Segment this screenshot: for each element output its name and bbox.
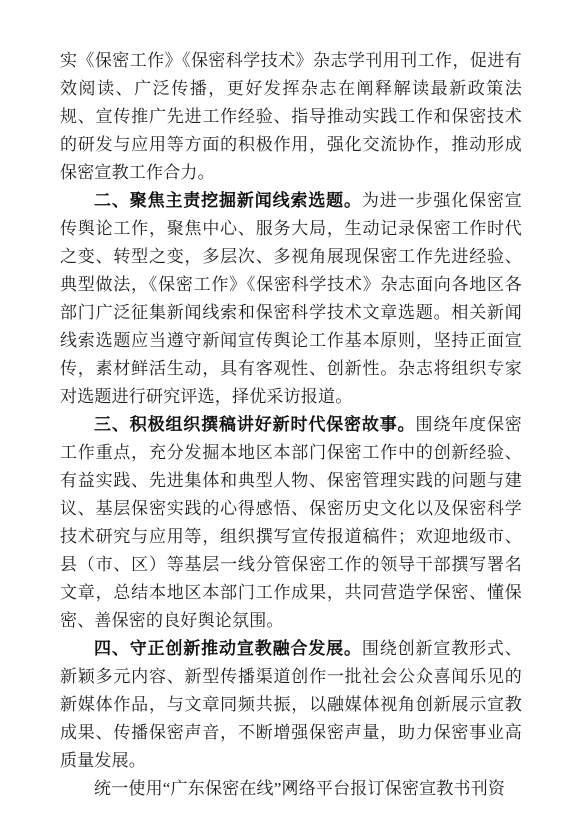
document-body: 实《保密工作》《保密科学技术》杂志学刊用刊工作，促进有效阅读、广泛传播，更好发挥…: [60, 47, 522, 803]
paragraph: 二、聚焦主责挖掘新闻线索选题。为进一步强化保密宣传舆论工作，聚焦中心、服务大局，…: [60, 187, 522, 411]
section-heading: 二、聚焦主责挖掘新闻线索选题。: [94, 191, 362, 210]
section-heading: 四、守正创新推动宣教融合发展。: [94, 639, 362, 658]
document-page: 实《保密工作》《保密科学技术》杂志学刊用刊工作，促进有效阅读、广泛传播，更好发挥…: [0, 0, 581, 830]
paragraph-text: 围绕创新宣教形式、新颖多元内容、新型传播渠道创作一批社会公众喜闻乐见的新媒体作品…: [60, 639, 522, 770]
paragraph-text: 实《保密工作》《保密科学技术》杂志学刊用刊工作，促进有效阅读、广泛传播，更好发挥…: [60, 51, 522, 182]
paragraph-text: 围绕年度保密工作重点，充分发掘本地区本部门保密工作中的创新经验、有益实践、先进集…: [60, 415, 522, 630]
section-heading: 三、积极组织撰稿讲好新时代保密故事。: [94, 415, 416, 434]
page-number: 2: [0, 777, 581, 792]
paragraph: 四、守正创新推动宣教融合发展。围绕创新宣教形式、新颖多元内容、新型传播渠道创作一…: [60, 635, 522, 775]
paragraph: 实《保密工作》《保密科学技术》杂志学刊用刊工作，促进有效阅读、广泛传播，更好发挥…: [60, 47, 522, 187]
paragraph-text: 为进一步强化保密宣传舆论工作，聚焦中心、服务大局，生动记录保密工作时代之变、转型…: [60, 191, 522, 406]
paragraph: 三、积极组织撰稿讲好新时代保密故事。围绕年度保密工作重点，充分发掘本地区本部门保…: [60, 411, 522, 635]
